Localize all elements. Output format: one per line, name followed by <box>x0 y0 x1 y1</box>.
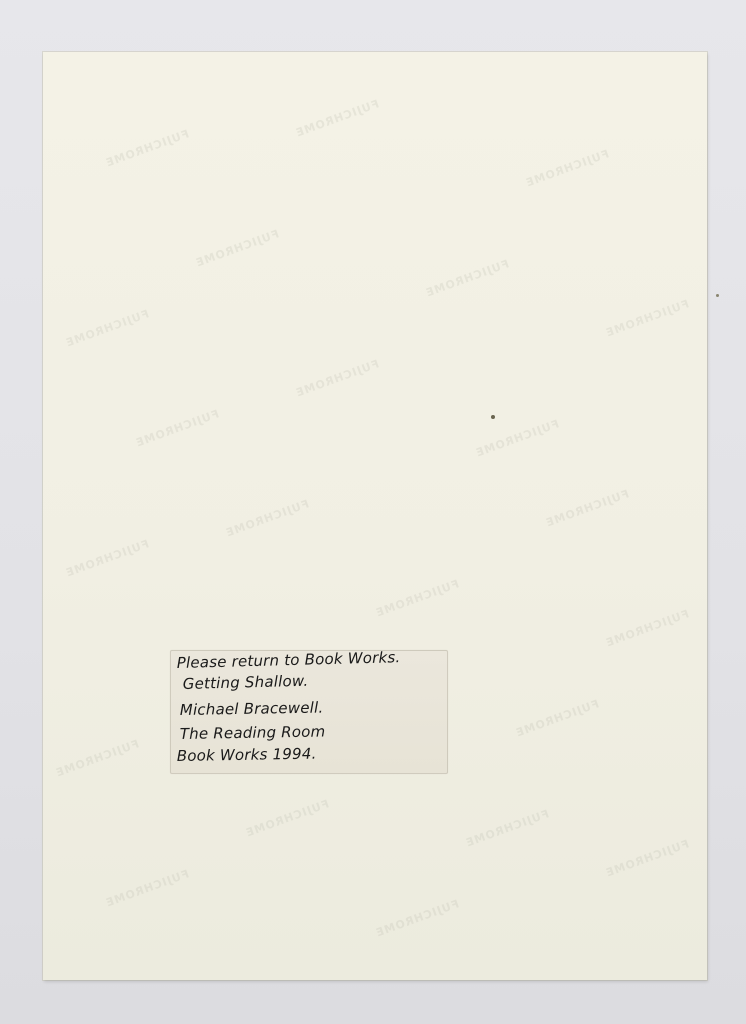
watermark: FUJICHROME <box>543 487 630 529</box>
watermark: FUJICHROME <box>223 497 310 539</box>
watermark: FUJICHROME <box>293 357 380 399</box>
watermark: FUJICHROME <box>373 897 460 939</box>
paper-speck <box>716 294 719 297</box>
label-line-4: The Reading Room <box>180 722 326 743</box>
watermark: FUJICHROME <box>63 307 150 349</box>
label-line-2: Getting Shallow. <box>183 672 309 693</box>
watermark: FUJICHROME <box>243 797 330 839</box>
watermark: FUJICHROME <box>293 97 380 139</box>
paper-speck <box>491 415 495 419</box>
watermark: FUJICHROME <box>63 537 150 579</box>
watermark: FUJICHROME <box>523 147 610 189</box>
watermark: FUJICHROME <box>463 807 550 849</box>
watermark: FUJICHROME <box>473 417 560 459</box>
watermark: FUJICHROME <box>603 837 690 879</box>
label-line-3: Michael Bracewell. <box>180 698 324 719</box>
handwritten-label: Please return to Book Works. Getting Sha… <box>170 650 448 774</box>
watermark: FUJICHROME <box>373 577 460 619</box>
watermark: FUJICHROME <box>513 697 600 739</box>
label-line-1: Please return to Book Works. <box>177 648 401 672</box>
watermark: FUJICHROME <box>423 257 510 299</box>
watermark: FUJICHROME <box>133 407 220 449</box>
watermark: FUJICHROME <box>193 227 280 269</box>
watermark: FUJICHROME <box>53 737 140 779</box>
paper-sheet: FUJICHROME FUJICHROME FUJICHROME FUJICHR… <box>43 52 707 980</box>
watermark: FUJICHROME <box>103 867 190 909</box>
watermark: FUJICHROME <box>603 607 690 649</box>
label-line-5: Book Works 1994. <box>177 745 317 765</box>
watermark: FUJICHROME <box>103 127 190 169</box>
watermark: FUJICHROME <box>603 297 690 339</box>
